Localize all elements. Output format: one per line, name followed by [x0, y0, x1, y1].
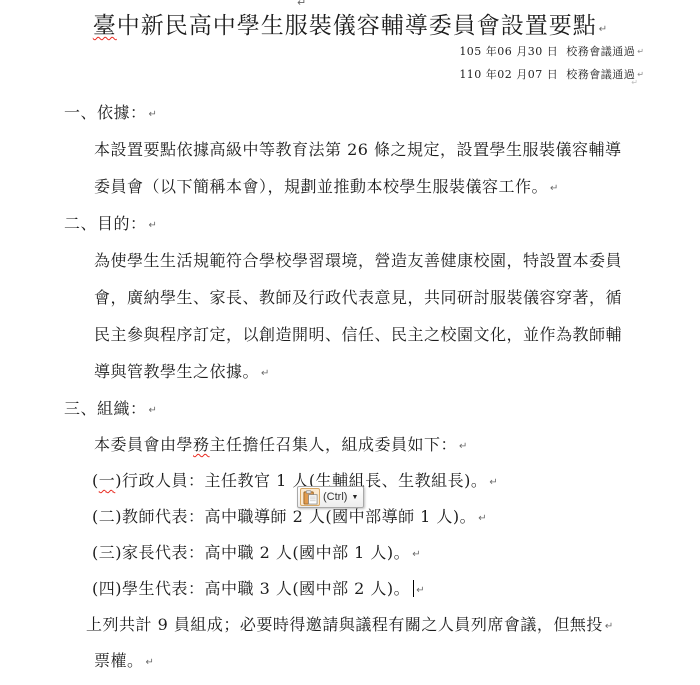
body-line: 民主參與程序訂定，以創造開明、信任、民主之校園文化，並作為教師輔: [94, 325, 622, 345]
paragraph-mark-icon: ↵: [261, 368, 269, 379]
doc-title: 臺中新民高中學生服裝儀容輔導委員會設置要點↵: [0, 11, 700, 45]
spellcheck-flag: 臺: [93, 13, 117, 39]
body-text: 民主參與程序訂定，以創造開明、信任、民主之校園文化，並作為教師輔: [94, 325, 622, 344]
section-heading: 一、依據：↵: [64, 103, 157, 123]
document-page[interactable]: ↵ 臺中新民高中學生服裝儀容輔導委員會設置要點↵ 105 年06 月30 日 校…: [0, 0, 700, 685]
body-text: 本委員會由學: [94, 435, 193, 454]
body-line: 票權。↵: [94, 651, 154, 671]
spellcheck-flag: 務: [193, 435, 210, 454]
section-heading: 三、組織：↵: [64, 399, 157, 419]
doc-title-text: 中新民高中學生服裝儀容輔導委員會設置要點: [117, 13, 597, 39]
text-cursor: [413, 580, 414, 597]
heading-text: 二、目的：: [64, 214, 147, 233]
heading-text: 一、依據：: [64, 103, 147, 122]
paragraph-mark-icon: ↵: [550, 183, 558, 194]
paragraph-mark-icon: ↵: [149, 109, 157, 120]
paragraph-mark-icon: ↵: [478, 513, 486, 524]
body-line: 為使學生生活規範符合學校學習環境，營造友善健康校園，特設置本委員: [94, 251, 622, 271]
spellcheck-flag: 一: [99, 471, 116, 490]
section-heading: 二、目的：↵: [64, 214, 157, 234]
body-line: 導與管教學生之依據。↵: [94, 362, 269, 382]
body-text: (: [92, 471, 99, 490]
paragraph-mark-icon: ↵: [637, 47, 644, 56]
body-text: 為使學生生活規範符合學校學習環境，營造友善健康校園，特設置本委員: [94, 251, 622, 270]
list-item: (二)教師代表：高中職導師 2 人(國中部導師 1 人)。↵: [92, 507, 487, 527]
revision-date: 110 年02 月07 日 校務會議通過: [459, 68, 635, 81]
body-text: 會，廣納學生、家長、教師及行政代表意見，共同研討服裝儀容穿著，循: [94, 288, 622, 307]
body-text: 委員會（以下簡稱本會），規劃並推動本校學生服裝儀容工作。: [94, 177, 548, 196]
body-line: 上列共計 9 員組成；必要時得邀請與議程有關之人員列席會議，但無投↵: [86, 615, 613, 635]
paragraph-mark-icon: ↵: [416, 585, 424, 596]
body-text: 上列共計 9 員組成；必要時得邀請與議程有關之人員列席會議，但無投: [86, 615, 603, 634]
list-item: (三)家長代表：高中職 2 人(國中部 1 人)。↵: [92, 543, 421, 563]
body-line: 委員會（以下簡稱本會），規劃並推動本校學生服裝儀容工作。↵: [94, 177, 558, 197]
clipboard-icon: [300, 488, 320, 506]
body-text: 票權。: [94, 651, 144, 670]
body-text: 主任擔任召集人，組成委員如下：: [210, 435, 458, 454]
paragraph-mark-icon: ↵: [459, 441, 467, 452]
paragraph-mark-icon: ↵: [412, 549, 420, 560]
paragraph-mark-icon: ↵: [637, 70, 644, 79]
paragraph-mark-icon: ↵: [297, 0, 306, 9]
heading-text: 三、組織：: [64, 399, 147, 418]
paste-options-button[interactable]: (Ctrl) ▼: [297, 486, 364, 508]
paste-button-label: (Ctrl): [323, 491, 347, 503]
dropdown-arrow-icon: ▼: [351, 494, 358, 501]
body-text: 導與管教學生之依據。: [94, 362, 259, 381]
body-text: (二)教師代表：高中職導師 2 人(國中部導師 1 人)。: [92, 507, 476, 526]
body-line: 本設置要點依據高級中等教育法第 26 條之規定，設置學生服裝儀容輔導: [94, 140, 622, 160]
body-text: (四)學生代表：高中職 3 人(國中部 2 人)。: [92, 579, 410, 598]
body-line: 會，廣納學生、家長、教師及行政代表意見，共同研討服裝儀容穿著，循: [94, 288, 622, 308]
paragraph-mark-icon: ↵: [631, 78, 638, 87]
list-item: (一)行政人員：主任教官 1 人(生輔組長、生教組長)。↵: [92, 471, 498, 491]
revision-date-line: 105 年06 月30 日 校務會議通過↵: [459, 45, 644, 59]
paragraph-mark-icon: ↵: [149, 220, 157, 231]
paragraph-mark-icon: ↵: [605, 621, 613, 632]
list-item: (四)學生代表：高中職 3 人(國中部 2 人)。↵: [92, 579, 425, 599]
paragraph-mark-icon: ↵: [149, 405, 157, 416]
body-text: 本設置要點依據高級中等教育法第 26 條之規定，設置學生服裝儀容輔導: [94, 140, 622, 159]
paragraph-mark-icon: ↵: [599, 24, 607, 35]
revision-date: 105 年06 月30 日 校務會議通過: [459, 45, 635, 58]
paragraph-mark-icon: ↵: [489, 477, 497, 488]
revision-date-line: 110 年02 月07 日 校務會議通過↵: [459, 68, 644, 82]
body-text: (三)家長代表：高中職 2 人(國中部 1 人)。: [92, 543, 410, 562]
paragraph-mark-icon: ↵: [146, 657, 154, 668]
body-line: 本委員會由學務主任擔任召集人，組成委員如下：↵: [94, 435, 467, 455]
